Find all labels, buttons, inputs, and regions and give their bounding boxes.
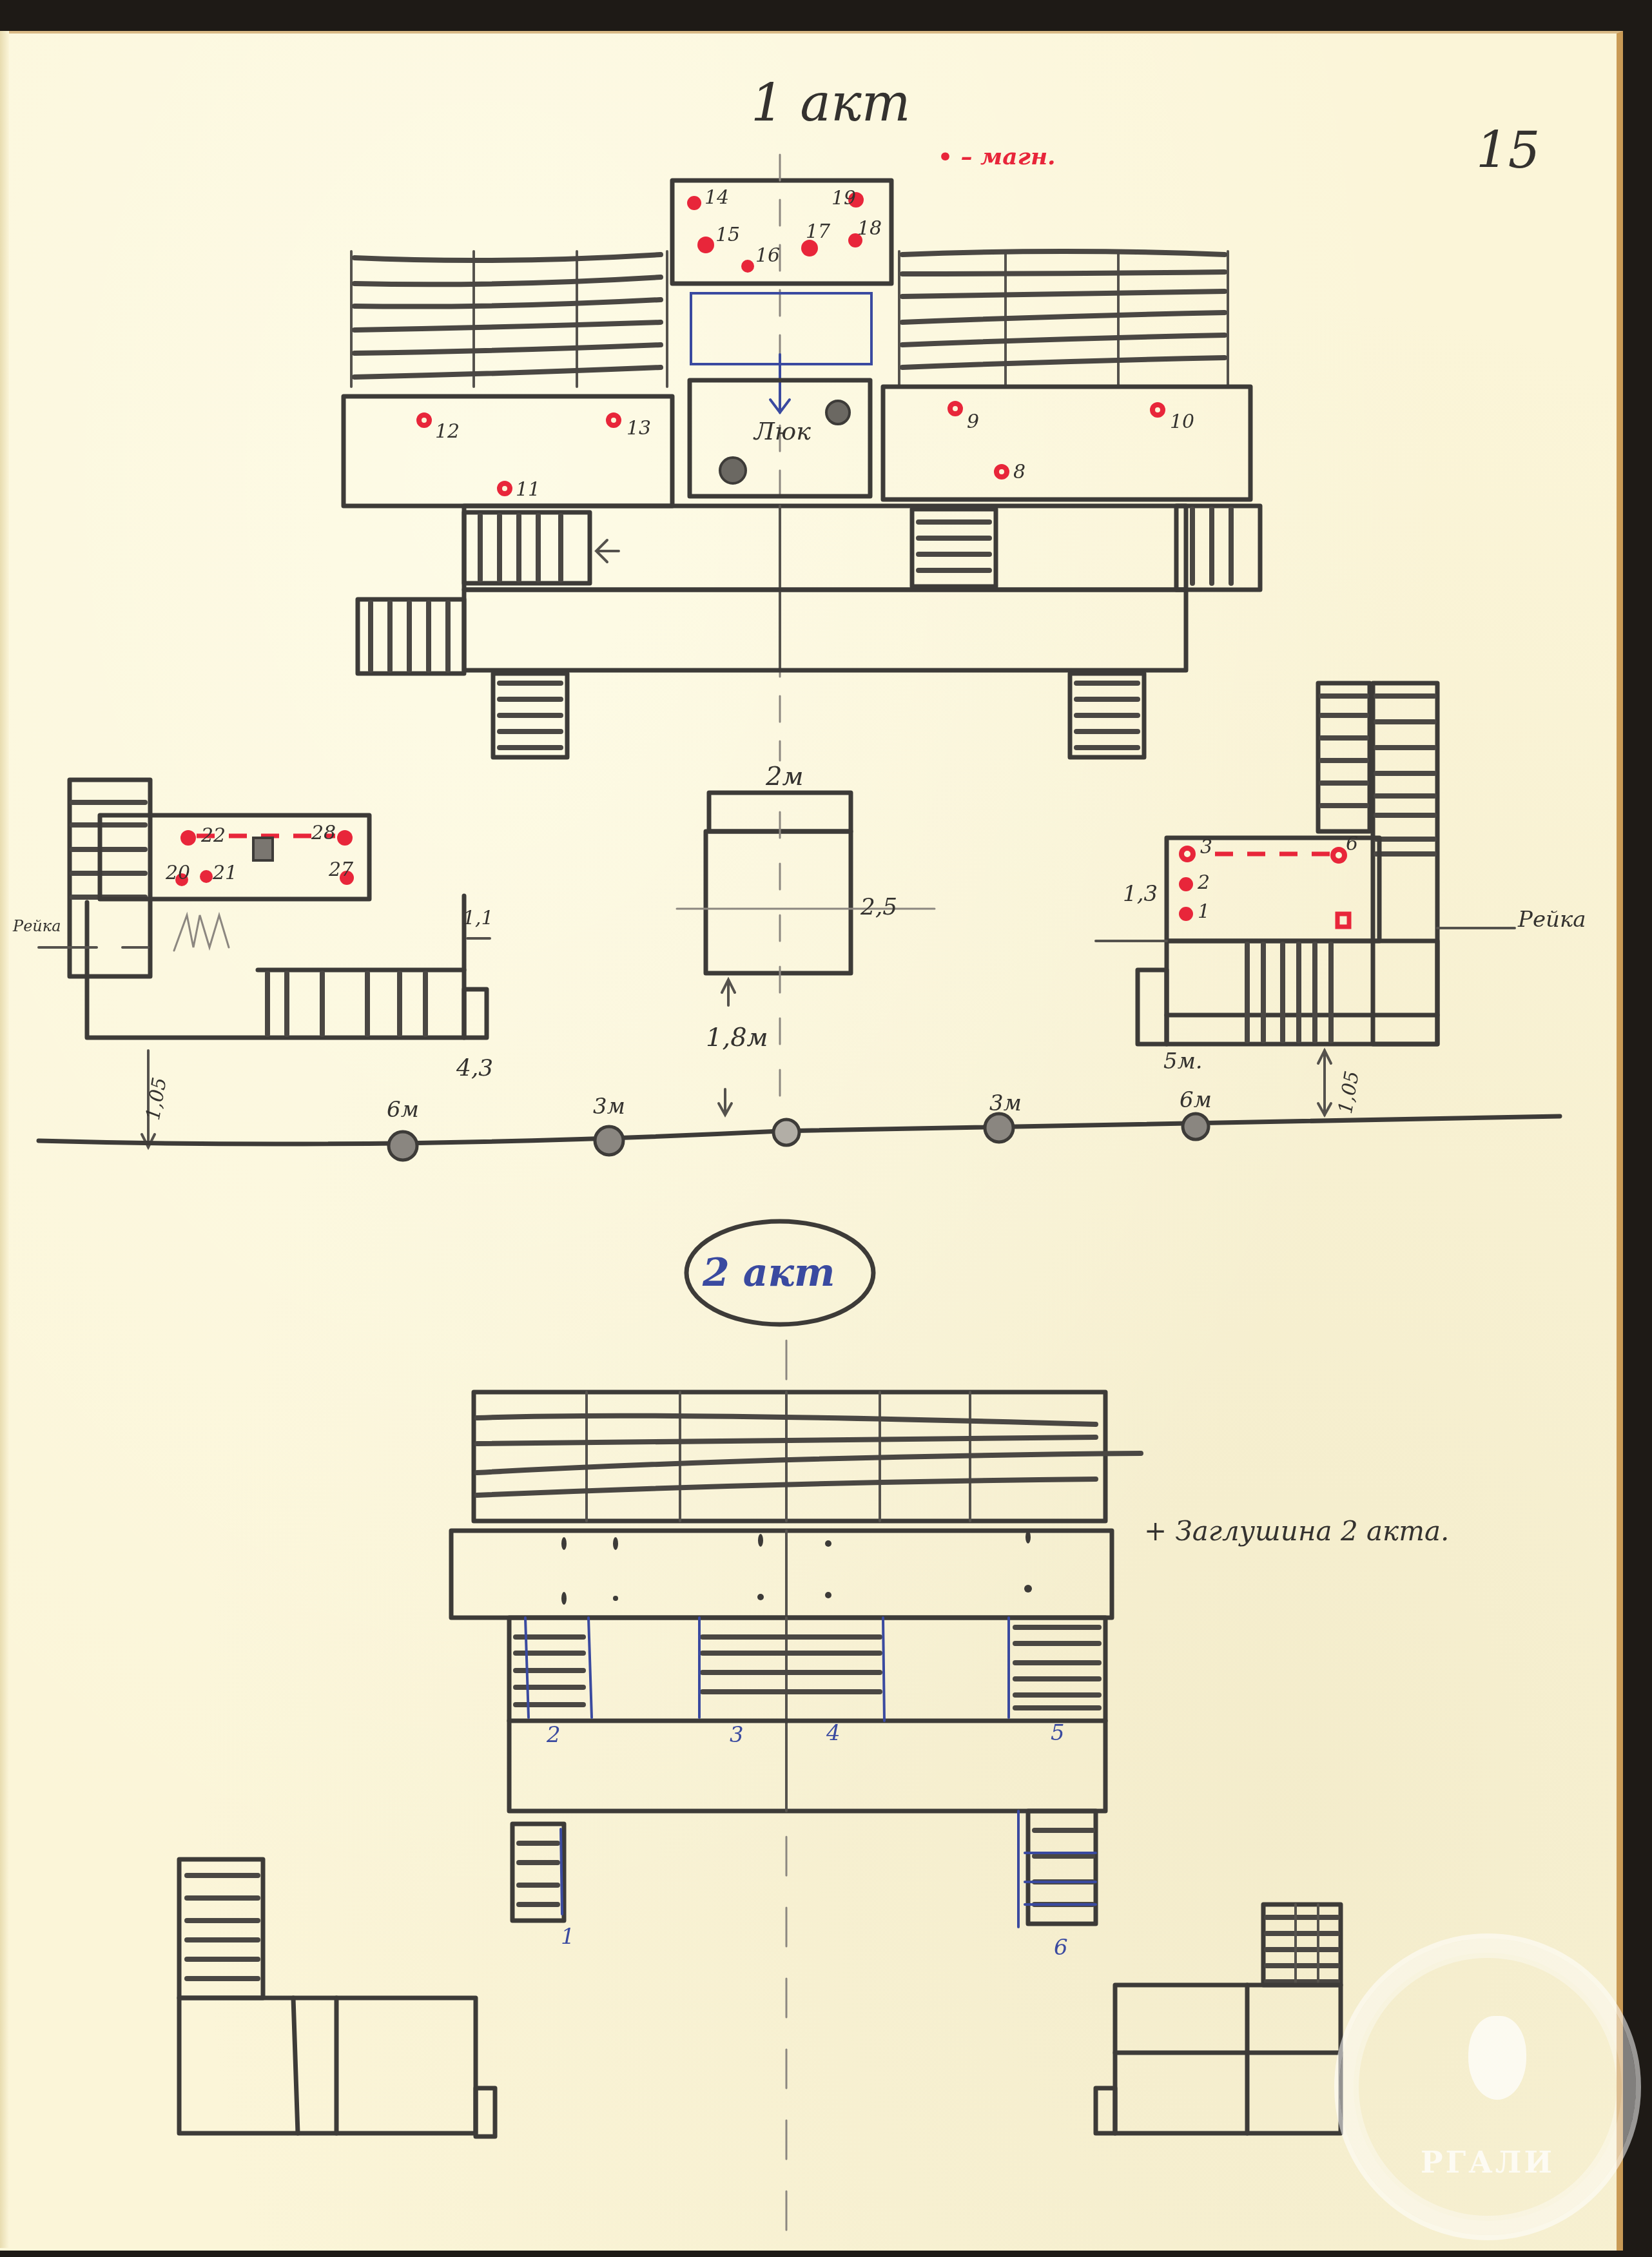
point-label: 12 [435, 422, 460, 441]
dimension-label: 1,8м [706, 1025, 768, 1051]
stair-label: 5 [1051, 1722, 1065, 1744]
stair-label: 6 [1054, 1937, 1068, 1959]
point-label: 28 [311, 824, 336, 843]
point-label: 18 [857, 219, 882, 238]
point-label: 10 [1170, 412, 1194, 432]
point-label: 11 [516, 480, 540, 499]
point-label: 9 [967, 412, 979, 432]
archive-stamp-label: РГАЛИ [1339, 2145, 1636, 2180]
dimension-label: 4,3 [456, 1057, 493, 1080]
point-label: 13 [627, 419, 651, 438]
dimension-label: 1,3 [1123, 883, 1158, 905]
act1-left-side-view [39, 780, 490, 1147]
point-label: 21 [213, 864, 237, 883]
act1-title: 1 акт [751, 77, 911, 129]
point-label: 22 [201, 826, 226, 846]
act1-baseline [39, 1114, 1560, 1160]
act1-right-platform [883, 387, 1250, 499]
point-label: 14 [705, 188, 729, 208]
magnet-legend: • – магн. [938, 145, 1056, 168]
act1-right-grid [899, 251, 1228, 387]
stair-label: 3 [730, 1724, 744, 1746]
act1-center-view [677, 793, 935, 1121]
point-label: 20 [166, 864, 190, 883]
dimension-label: 5м. [1163, 1051, 1203, 1072]
dimension-label: 1,1 [463, 909, 494, 928]
stage-plan-drawing [0, 0, 1652, 2257]
distance-marker: 6м [1180, 1089, 1212, 1111]
act1-plan [344, 155, 1260, 760]
point-label: 3 [1200, 838, 1212, 857]
rail-label-right: Рейка [1518, 909, 1586, 931]
stair-label: 2 [547, 1724, 561, 1746]
rail-label-left: Рейка [13, 918, 61, 934]
act2-right-side-view [1096, 1904, 1341, 2133]
page-number: 15 [1476, 126, 1540, 176]
point-label: 19 [831, 189, 856, 208]
stair-label: 4 [826, 1722, 841, 1744]
point-label: 6 [1346, 835, 1358, 854]
theatre-mask-icon [1468, 2016, 1526, 2100]
archive-stamp: РГАЛИ [1334, 1933, 1641, 2240]
distance-marker: 3м [989, 1092, 1022, 1114]
act2-title: 2 акт [703, 1254, 835, 1292]
hatch-label: Люк [754, 419, 811, 443]
distance-marker: 6м [387, 1099, 419, 1121]
distance-marker: 3м [593, 1096, 625, 1118]
point-label: 15 [715, 226, 740, 245]
point-label: 8 [1013, 463, 1025, 482]
act1-right-side-view [1096, 683, 1515, 1115]
act2-left-side-view [179, 1859, 495, 2136]
stair-label: 1 [561, 1926, 575, 1948]
point-label: 17 [806, 222, 830, 242]
act1-left-grid [351, 251, 667, 387]
point-label: 2 [1198, 873, 1210, 893]
dimension-label: 2,5 [860, 896, 897, 919]
dimension-label: 2м [766, 764, 804, 789]
point-label: 1 [1198, 902, 1210, 922]
point-label: 16 [755, 246, 780, 266]
act2-note: + Заглушина 2 акта. [1144, 1518, 1449, 1545]
point-label: 27 [329, 860, 353, 880]
